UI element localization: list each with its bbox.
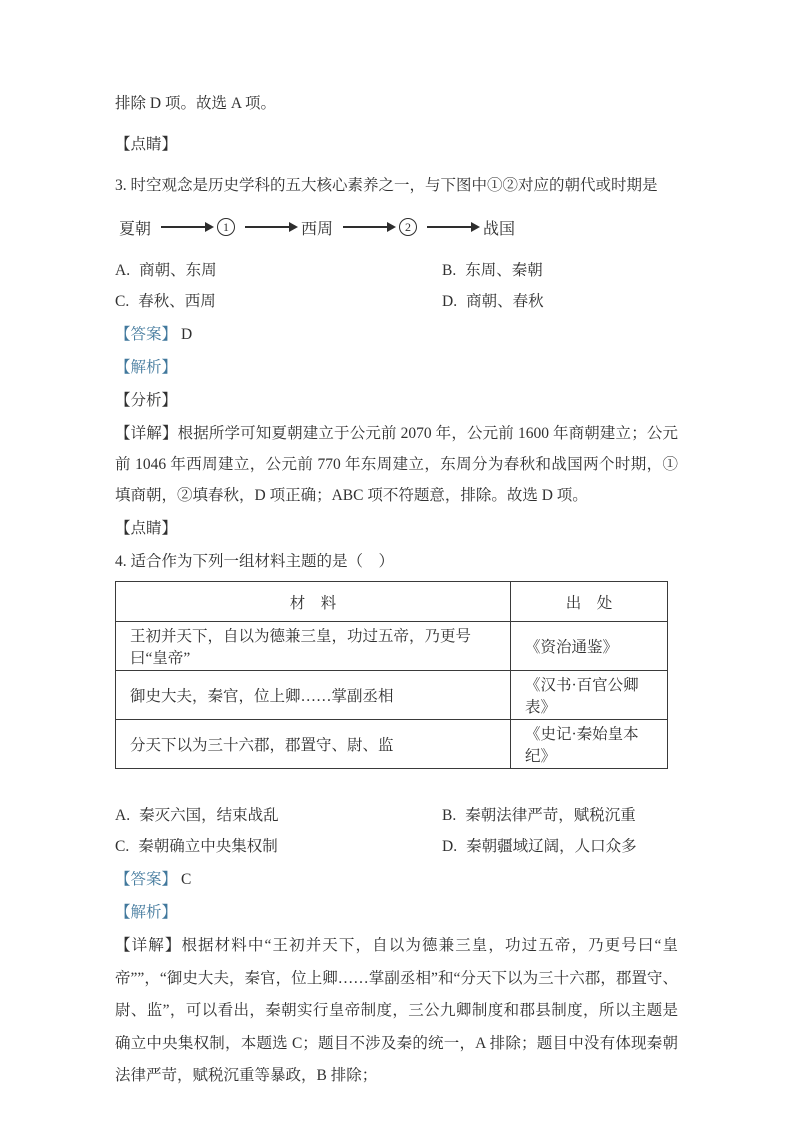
- q3-fenxi-label: 【分析】: [115, 385, 678, 416]
- option-letter: D.: [442, 838, 457, 855]
- circled-number-2-icon: 2: [399, 218, 417, 236]
- option-text: 秦朝确立中央集权制: [138, 838, 278, 855]
- answer-value: D: [177, 326, 192, 343]
- option-text: 秦灭六国，结束战乱: [139, 807, 279, 824]
- source-cell: 《汉书·百官公卿表》: [511, 671, 668, 720]
- option-text: 春秋、西周: [138, 293, 216, 310]
- option-text: 商朝、东周: [139, 262, 217, 279]
- answer-label: 【答案】: [115, 871, 177, 888]
- option-letter: B.: [442, 807, 456, 824]
- source-cell: 《史记·秦始皇本纪》: [511, 720, 668, 769]
- question-4-stem: 4. 适合作为下列一组材料主题的是（ ）: [115, 546, 678, 577]
- table-header-row: 材 料 出 处: [116, 582, 668, 622]
- material-cell: 分天下以为三十六郡，郡置守、尉、监: [116, 720, 511, 769]
- timeline-node-zhanguo: 战国: [483, 216, 515, 239]
- q4-detail: 【详解】根据材料中“王初并天下，自以为德兼三皇，功过五帝，乃更号曰“皇帝””，“…: [115, 930, 678, 1093]
- option-text: 商朝、春秋: [466, 293, 544, 310]
- prev-answer-dianjing-label: 【点睛】: [115, 129, 678, 160]
- table-row: 王初并天下，自以为德兼三皇，功过五帝，乃更号曰“皇帝” 《资治通鉴》: [116, 622, 668, 671]
- option-text: 东周、秦朝: [465, 262, 543, 279]
- q4-option-b: B.秦朝法律严苛，赋税沉重: [442, 800, 678, 831]
- q4-jiexi-label: 【解析】: [115, 897, 678, 928]
- material-cell: 王初并天下，自以为德兼三皇，功过五帝，乃更号曰“皇帝”: [116, 622, 511, 671]
- option-text: 秦朝法律严苛，赋税沉重: [465, 807, 636, 824]
- option-letter: B.: [442, 262, 456, 279]
- right-arrow-icon: [161, 226, 207, 228]
- source-cell: 《资治通鉴》: [511, 622, 668, 671]
- q4-option-d: D.秦朝疆域辽阔，人口众多: [442, 831, 678, 862]
- table-row: 御史大夫，秦官，位上卿……掌副丞相 《汉书·百官公卿表》: [116, 671, 668, 720]
- table-row: 分天下以为三十六郡，郡置守、尉、监 《史记·秦始皇本纪》: [116, 720, 668, 769]
- option-text: 秦朝疆域辽阔，人口众多: [466, 838, 637, 855]
- q3-options: A.商朝、东周 B.东周、秦朝 C.春秋、西周 D.商朝、春秋: [115, 255, 678, 317]
- material-cell: 御史大夫，秦官，位上卿……掌副丞相: [116, 671, 511, 720]
- option-letter: D.: [442, 293, 457, 310]
- q4-option-a: A.秦灭六国，结束战乱: [115, 800, 442, 831]
- q3-option-a: A.商朝、东周: [115, 255, 442, 286]
- q3-jiexi-label: 【解析】: [115, 352, 678, 383]
- option-letter: A.: [115, 262, 130, 279]
- circled-number-1-icon: 1: [217, 218, 235, 236]
- q3-detail: 【详解】根据所学可知夏朝建立于公元前 2070 年，公元前 1600 年商朝建立…: [115, 418, 678, 511]
- right-arrow-icon: [245, 226, 291, 228]
- q3-option-b: B.东周、秦朝: [442, 255, 678, 286]
- q4-answer-row: 【答案】C: [115, 864, 678, 895]
- answer-label: 【答案】: [115, 326, 177, 343]
- option-letter: C.: [115, 838, 129, 855]
- q3-answer-row: 【答案】D: [115, 319, 678, 350]
- prev-answer-conclusion: 排除 D 项。故选 A 项。: [115, 88, 678, 119]
- timeline-node-xizhou: 西周: [301, 216, 333, 239]
- right-arrow-icon: [427, 226, 473, 228]
- q4-materials-table: 材 料 出 处 王初并天下，自以为德兼三皇，功过五帝，乃更号曰“皇帝” 《资治通…: [115, 581, 668, 769]
- column-header-source: 出 处: [511, 582, 668, 622]
- question-3-stem: 3. 时空观念是历史学科的五大核心素养之一，与下图中①②对应的朝代或时期是: [115, 170, 678, 201]
- q3-option-d: D.商朝、春秋: [442, 286, 678, 317]
- q4-options: A.秦灭六国，结束战乱 B.秦朝法律严苛，赋税沉重 C.秦朝确立中央集权制 D.…: [115, 800, 678, 862]
- column-header-material: 材 料: [116, 582, 511, 622]
- option-letter: A.: [115, 807, 130, 824]
- timeline-node-xia: 夏朝: [119, 216, 151, 239]
- answer-value: C: [177, 871, 191, 888]
- q3-dianjing-label: 【点睛】: [115, 513, 678, 544]
- option-letter: C.: [115, 293, 129, 310]
- q4-option-c: C.秦朝确立中央集权制: [115, 831, 442, 862]
- q3-timeline-diagram: 夏朝 1 西周 2 战国: [119, 209, 678, 245]
- right-arrow-icon: [343, 226, 389, 228]
- q3-option-c: C.春秋、西周: [115, 286, 442, 317]
- document-page: 排除 D 项。故选 A 项。 【点睛】 3. 时空观念是历史学科的五大核心素养之…: [115, 88, 678, 1093]
